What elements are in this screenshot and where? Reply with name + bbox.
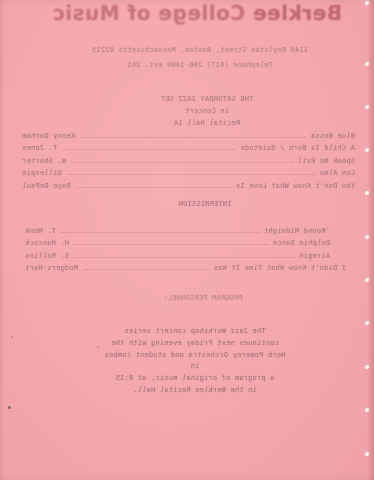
program-row: Blue Bossa Kenny Dorham — [22, 130, 355, 142]
program-row: 'Round Midnight T. Monk — [25, 225, 330, 237]
composer-name: T. Jones — [22, 144, 57, 152]
program-row: Speak No Evil W. Shorter — [22, 155, 355, 167]
piece-title: Airegin — [299, 252, 330, 260]
binder-hole — [364, 364, 369, 369]
dotted-leader — [71, 155, 292, 163]
piece-title: Con Alma — [320, 169, 355, 177]
scanned-page: Berklee College of Music 1140 Boylston S… — [0, 0, 374, 480]
dotted-leader — [83, 262, 209, 270]
binder-hole — [364, 451, 369, 456]
binder-hole — [364, 0, 369, 5]
note-line-4: a program of original music, at 8:15 — [100, 373, 290, 385]
berklee-logo-text: Berklee College of Music — [68, 1, 342, 25]
program-row: Airegin S. Rollins — [25, 250, 330, 262]
address-line-2: Telephone (617) 266-1400 ext. 261 — [13, 58, 374, 73]
composer-name: H. Hancock — [25, 239, 69, 247]
ink-speck — [97, 346, 99, 348]
concert-title-line-2: in Concert — [20, 105, 374, 117]
composer-name: Gillespie — [22, 169, 62, 177]
program-list-first-half: Blue Bossa Kenny Dorham A Child Is Born … — [22, 130, 355, 192]
piece-title: You Don't Know What Love Is — [236, 182, 355, 190]
binder-hole — [364, 190, 369, 195]
concert-title-line-1: THE SATURDAY JAZZ SET — [20, 93, 374, 105]
personnel-heading: PROGRAM PERSONNEL: — [16, 294, 374, 302]
binder-hole — [364, 147, 369, 152]
program-row: I Didn't Know What Time It Was Rodgers-H… — [25, 262, 346, 274]
note-line-5: in the Berklee Recital Hall. — [100, 385, 290, 397]
address-line-1: 1140 Boylston Street, Boston, Massachuse… — [13, 43, 374, 58]
dotted-leader — [62, 142, 235, 150]
program-row: Dolphin Dance H. Hancock — [25, 237, 330, 249]
binder-hole — [364, 61, 369, 66]
composer-name: Rodgers-Hart — [25, 264, 78, 272]
logo-word-college-of-music: College of Music — [52, 1, 252, 25]
composer-name: Raye-DePaul — [22, 182, 71, 190]
program-list-second-half: 'Round Midnight T. Monk Dolphin Dance H.… — [25, 225, 330, 275]
dotted-leader — [67, 167, 315, 175]
note-paragraph: The Jazz Workshop concert series continu… — [100, 326, 290, 397]
binder-hole — [364, 320, 369, 325]
piece-title: Blue Bossa — [311, 132, 355, 140]
program-row: Con Alma Gillespie — [22, 167, 355, 179]
piece-title: 'Round Midnight — [264, 227, 330, 235]
dotted-leader — [76, 180, 231, 188]
binder-hole — [364, 104, 369, 109]
address-block: 1140 Boylston Street, Boston, Massachuse… — [13, 43, 374, 73]
composer-name: T. Monk — [25, 227, 56, 235]
dotted-leader — [80, 130, 306, 138]
composer-name: S. Rollins — [25, 252, 69, 260]
logo-word-berklee: Berklee — [253, 1, 342, 25]
dotted-leader — [74, 237, 267, 245]
piece-title: A Child Is Born / Quietude — [240, 144, 355, 152]
concert-title-block: THE SATURDAY JAZZ SET in Concert Recital… — [20, 93, 374, 129]
program-row: You Don't Know What Love Is Raye-DePaul — [22, 180, 355, 192]
composer-name: W. Shorter — [22, 157, 66, 165]
intermission-heading: INTERMISSION — [18, 200, 374, 208]
note-line-3: Herb Pomeroy Orchestra and student combo… — [100, 350, 290, 374]
piece-title: Speak No Evil — [298, 157, 355, 165]
ink-speck — [11, 336, 13, 338]
dotted-leader — [61, 225, 259, 233]
binder-hole — [364, 277, 369, 282]
mirrored-showthrough-layer: Berklee College of Music 1140 Boylston S… — [0, 0, 374, 480]
program-row: A Child Is Born / Quietude T. Jones — [22, 142, 355, 154]
concert-title-line-3: Recital Hall 1A — [20, 117, 374, 129]
dotted-leader — [74, 250, 294, 258]
binder-hole — [364, 234, 369, 239]
composer-name: Kenny Dorham — [22, 132, 75, 140]
note-line-1: The Jazz Workshop concert series — [100, 326, 290, 338]
note-line-2: continues next Friday evening with the — [100, 338, 290, 350]
piece-title: Dolphin Dance — [273, 239, 330, 247]
piece-title: I Didn't Know What Time It Was — [214, 264, 346, 272]
binder-hole — [364, 407, 369, 412]
